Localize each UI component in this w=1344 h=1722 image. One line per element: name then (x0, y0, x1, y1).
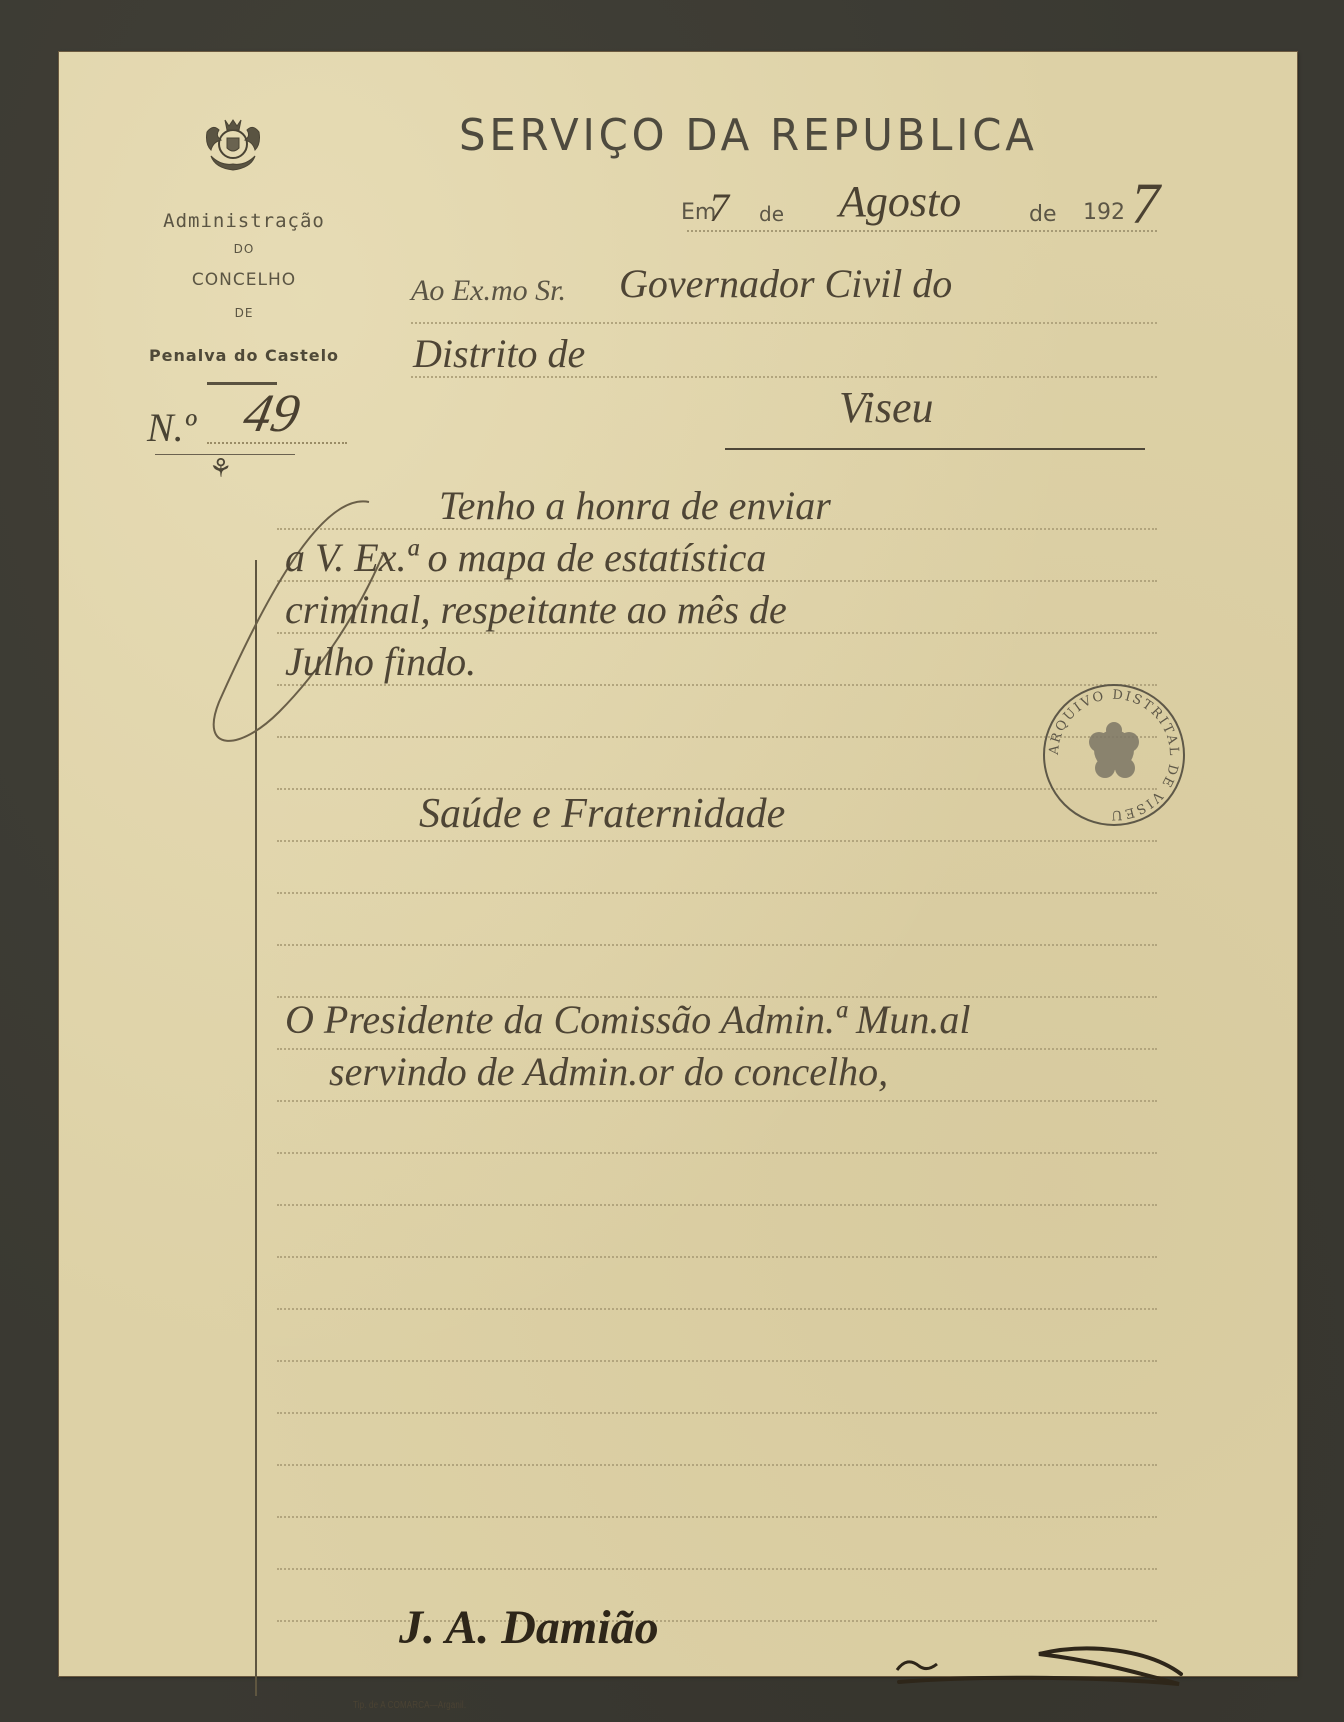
fleuron-ornament-icon: ⚘ (209, 454, 232, 484)
ruled-line (277, 944, 1157, 946)
signature-flourish (889, 1630, 1189, 1700)
ruled-line (277, 892, 1157, 894)
body-line-1: Tenho a honra de enviar (439, 482, 831, 529)
ruled-line (277, 1152, 1157, 1154)
ruled-line (277, 1464, 1157, 1466)
ruled-line (277, 1516, 1157, 1518)
addressee-prefix: Ao Ex.mo Sr. (411, 274, 566, 308)
addressee-line-1: Governador Civil do (619, 260, 952, 307)
office-line-concelho: CONCELHO (59, 270, 429, 290)
closing-salutation: Saúde e Fraternidade (419, 790, 785, 838)
office-line-de: DE (59, 306, 429, 320)
addressee-line-3: Viseu (839, 382, 934, 433)
archive-seal-icon: ARQUIVO DISTRITAL DE VISEU (1039, 680, 1189, 830)
ruled-line (277, 1100, 1157, 1102)
date-de-2: de (1029, 202, 1057, 227)
ruled-line (411, 322, 1157, 324)
body-line-4: Julho findo. (285, 638, 476, 685)
ruled-line (277, 1204, 1157, 1206)
ruled-line (411, 376, 1157, 378)
signature: J. A. Damião (399, 1600, 659, 1655)
signatory-line-2: servindo de Admin.or do concelho, (329, 1048, 888, 1095)
coat-of-arms-icon (197, 112, 269, 184)
office-place: Penalva do Castelo (59, 346, 429, 365)
ruled-line (277, 736, 1157, 738)
office-line-do: DO (59, 242, 429, 256)
date-de-1: de (759, 202, 784, 226)
date-dotted-line (687, 230, 1157, 232)
date-year-handwritten: 7 (1131, 170, 1160, 237)
date-day: 7 (709, 184, 729, 231)
ruled-line (277, 1568, 1157, 1570)
body-line-3: criminal, respeitante ao mês de (285, 586, 787, 633)
date-year-printed: 192 (1083, 200, 1125, 225)
printer-imprint: Tip. de A COMARCA—Arganil. (353, 1700, 466, 1711)
ruled-line (277, 1360, 1157, 1362)
date-month: Agosto (839, 176, 961, 227)
ruled-line (277, 1256, 1157, 1258)
addressee-line-2: Distrito de (413, 330, 585, 377)
ruled-line (277, 1412, 1157, 1414)
body-line-2: a V. Ex.ª o mapa de estatística (285, 534, 766, 581)
ruled-line (277, 1308, 1157, 1310)
document-number: 49 (238, 382, 305, 444)
header-title: SERVIÇO DA REPUBLICA (459, 110, 1038, 161)
number-label: N.º (147, 404, 196, 451)
ruled-line (277, 840, 1157, 842)
number-dotted-line (207, 442, 347, 444)
letter-sheet: Administração DO CONCELHO DE Penalva do … (59, 52, 1297, 1676)
addressee-rule (725, 448, 1145, 450)
office-title: Administração (59, 210, 429, 232)
signatory-line-1: O Presidente da Comissão Admin.ª Mun.al (285, 996, 970, 1043)
